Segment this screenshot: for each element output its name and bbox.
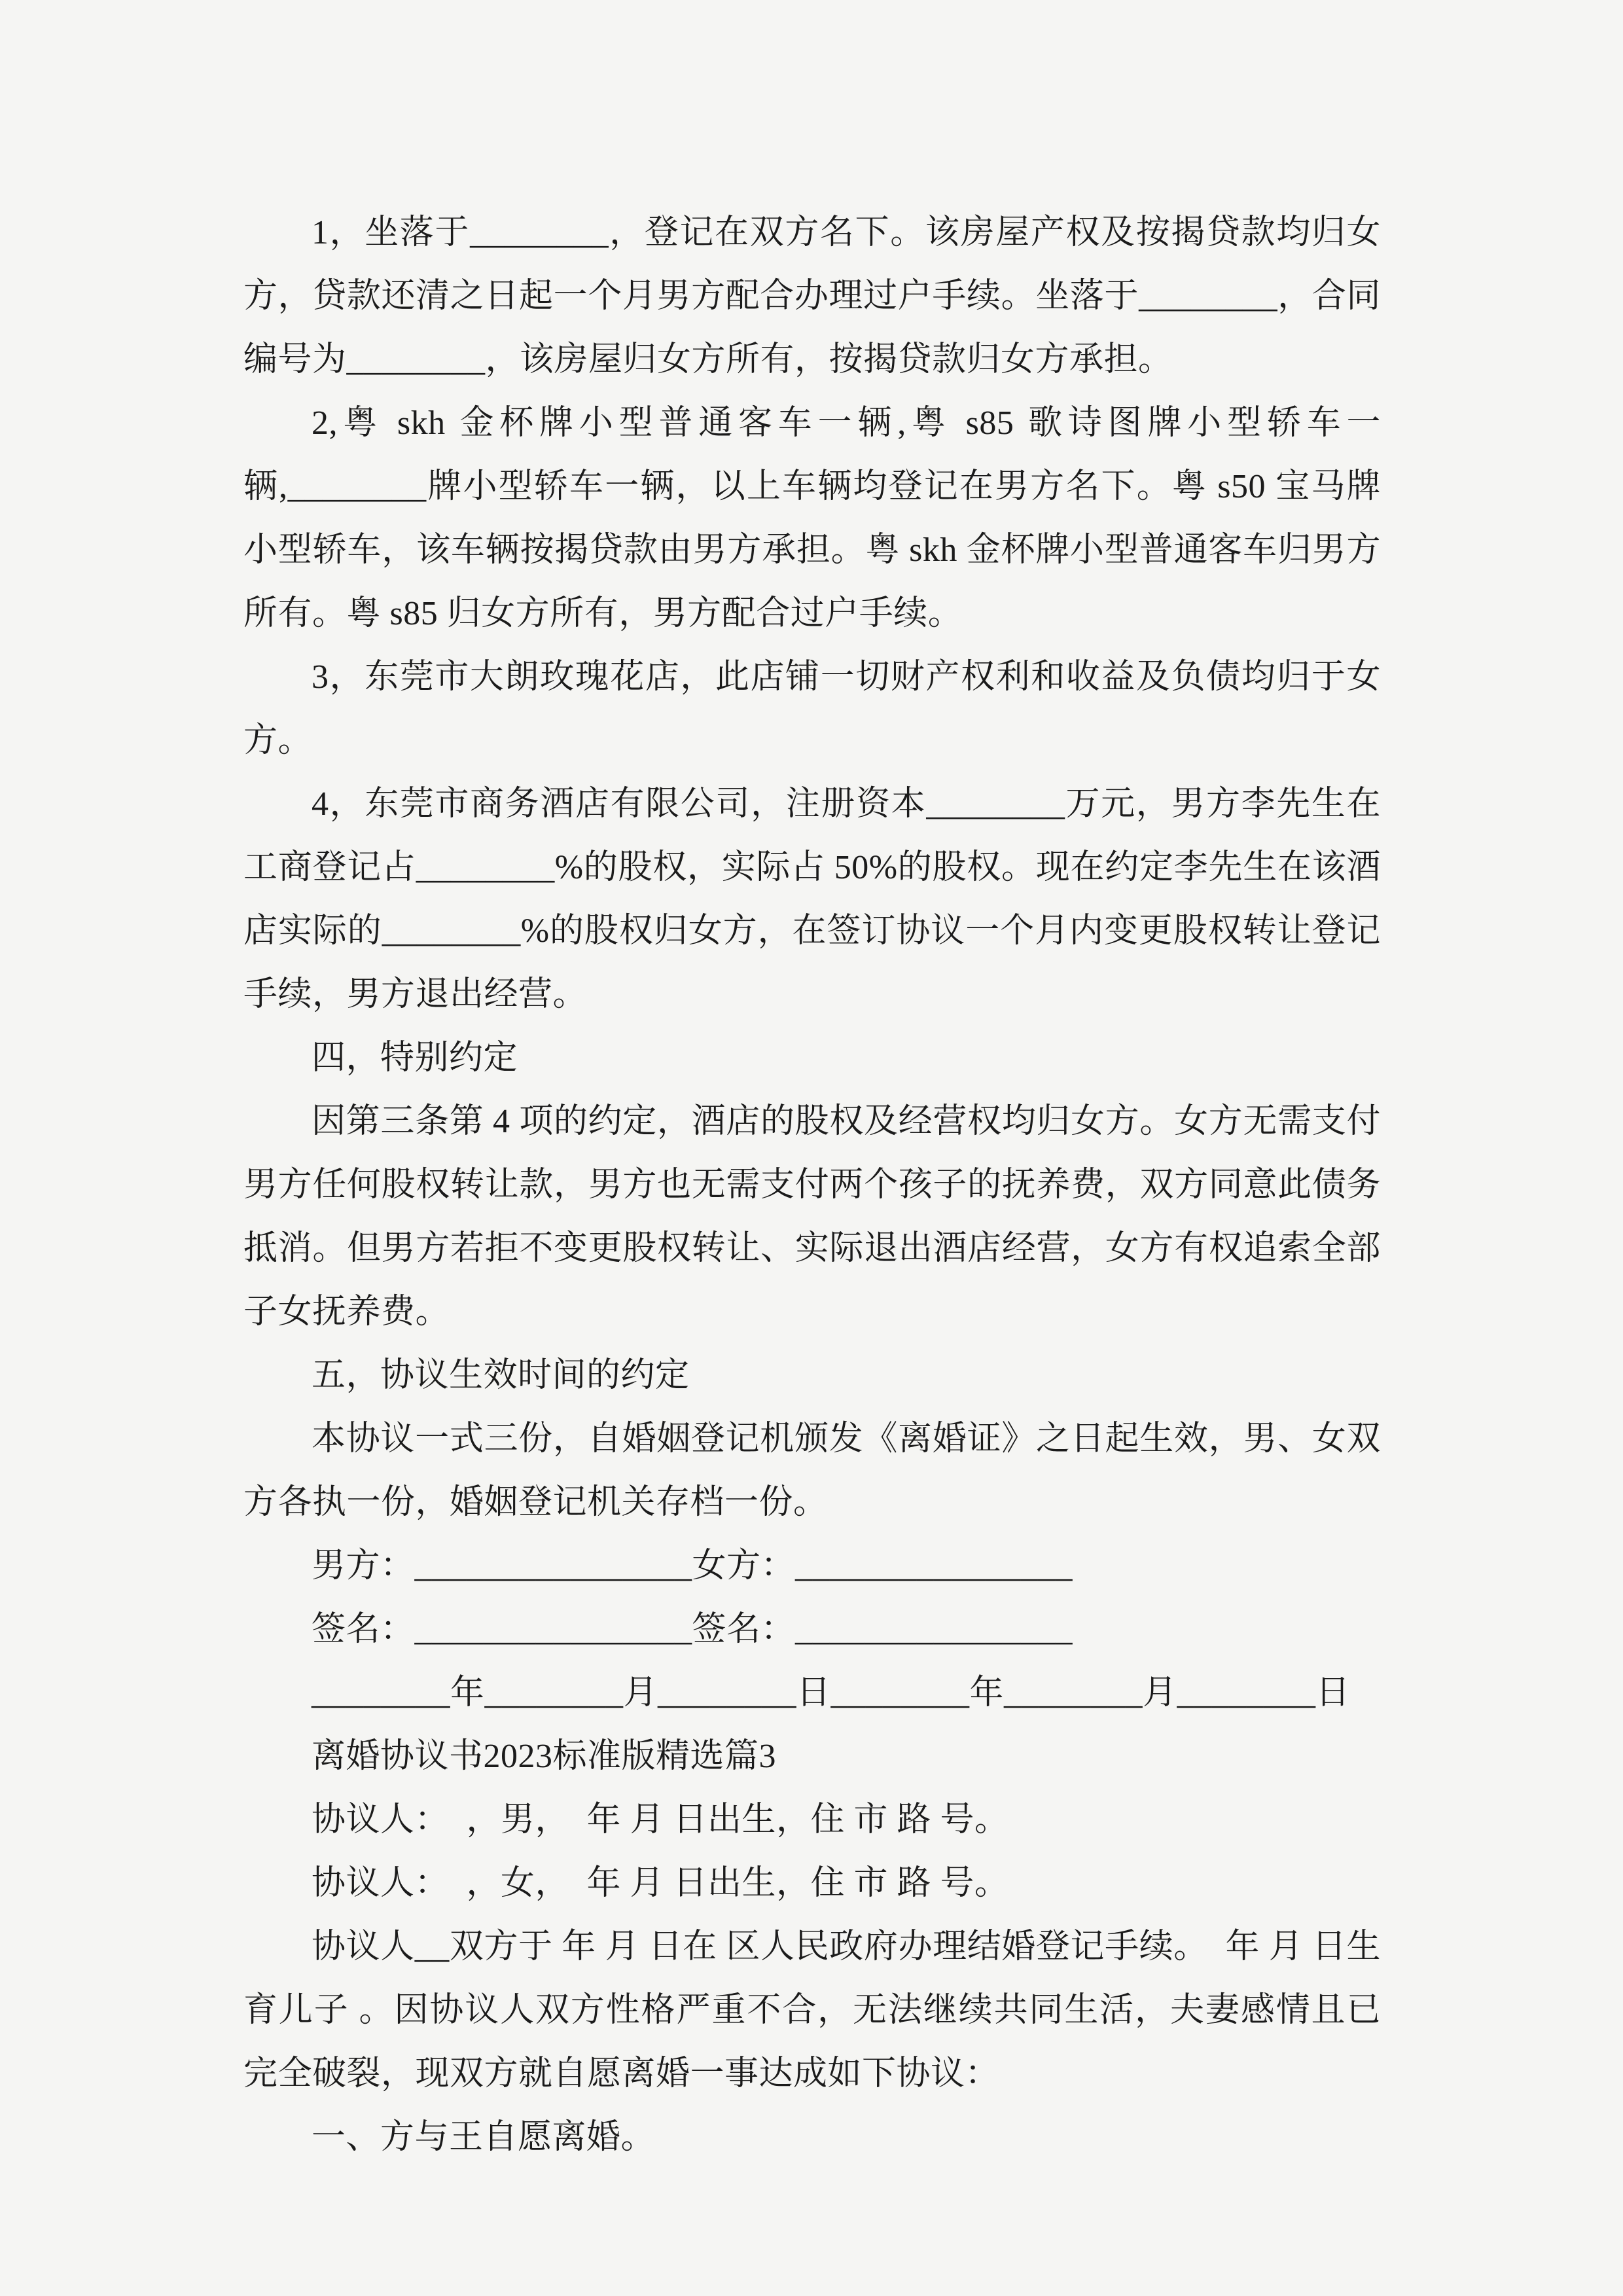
paragraph-flower-shop: 3，东莞市大朗玫瑰花店，此店铺一切财产权利和收益及负债均归于女方。 [243, 645, 1381, 772]
signature-line-names: 签名：________________签名：________________ [243, 1598, 1381, 1661]
date-line: ________年________月________日________年____… [243, 1661, 1381, 1725]
heading-template-3: 离婚协议书2023标准版精选篇3 [243, 1725, 1381, 1788]
paragraph-party-male: 协议人： ，男， 年 月 日出生，住 市 路 号。 [243, 1788, 1381, 1852]
heading-special-agreement: 四，特别约定 [243, 1026, 1381, 1090]
paragraph-special-agreement: 因第三条第 4 项的约定，酒店的股权及经营权均归女方。女方无需支付男方任何股权转… [243, 1090, 1381, 1344]
paragraph-voluntary-divorce: 一、方与王自愿离婚。 [243, 2106, 1381, 2169]
document-page: 1，坐落于________，登记在双方名下。该房屋产权及按揭贷款均归女方，贷款还… [0, 0, 1623, 2296]
paragraph-house-division: 1，坐落于________，登记在双方名下。该房屋产权及按揭贷款均归女方，贷款还… [243, 201, 1381, 391]
paragraph-effective-time: 本协议一式三份，自婚姻登记机颁发《离婚证》之日起生效，男、女双方各执一份，婚姻登… [243, 1407, 1381, 1534]
paragraph-party-female: 协议人： ，女， 年 月 日出生，住 市 路 号。 [243, 1852, 1381, 1915]
paragraph-marriage-registration: 协议人__双方于 年 月 日在 区人民政府办理结婚登记手续。 年 月 日生育儿子… [243, 1915, 1381, 2106]
heading-effective-time: 五，协议生效时间的约定 [243, 1344, 1381, 1407]
paragraph-vehicle-division: 2,粤 skh 金杯牌小型普通客车一辆,粤 s85 歌诗图牌小型轿车一辆,___… [243, 391, 1381, 645]
signature-line-parties: 男方：________________女方：________________ [243, 1534, 1381, 1598]
paragraph-hotel-company: 4，东莞市商务酒店有限公司，注册资本________万元，男方李先生在工商登记占… [243, 772, 1381, 1026]
